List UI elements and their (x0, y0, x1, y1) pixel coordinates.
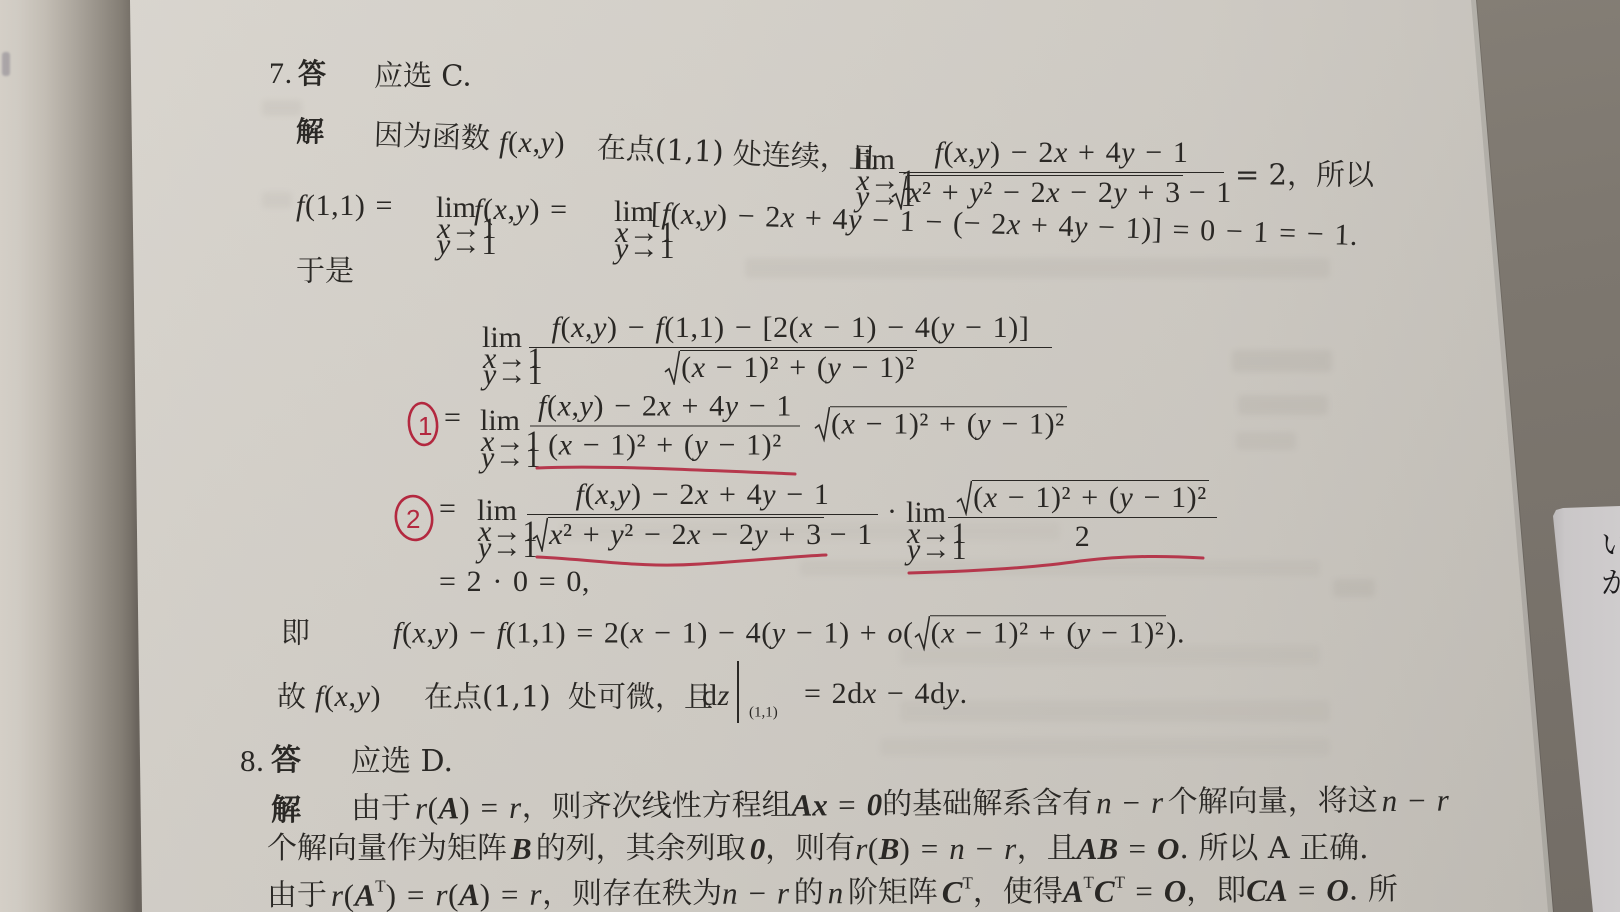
step0-fraction: f(x,y) − f(1,1) − [2(x − 1) − 4(y − 1)] … (529, 311, 1052, 385)
conclusion-label: 故 (277, 680, 306, 713)
radical-sign-icon (956, 480, 972, 516)
matrix-symbol: A (459, 877, 480, 912)
ie-label: 即 (281, 616, 310, 649)
matrix-symbol: A (1063, 874, 1084, 910)
radical-sign-icon (814, 406, 830, 442)
sticky-note-char-1: い (1601, 531, 1620, 561)
bleed-through-shadow (1238, 395, 1328, 415)
lim-symbol: limx→1y→1 (436, 191, 476, 226)
f11-limit-2: limx→1y→1 (614, 195, 654, 230)
q8-line-2: 个解向量作为矩阵 B 的列，其余列取 0 ，则有 r( B ) = n − r … (267, 831, 1369, 867)
math-segment: r( (855, 831, 879, 867)
text-segment: . 所以 A 正确. (1179, 832, 1368, 867)
matrix-symbol: Ax (792, 787, 828, 823)
step2-fraction-a: f(x,y) − 2x + 4y − 1 x² + y² − 2x − 2y +… (527, 478, 878, 552)
bleed-through-shadow (800, 560, 1320, 576)
conclusion-text-2: 处可微，且 (568, 680, 713, 713)
lim-symbol: limx→1y→1 (614, 195, 654, 230)
radical-sign-icon (664, 350, 680, 386)
zero-matrix: O (1157, 831, 1179, 867)
step2-limit-b: limx→1y→1 (906, 496, 946, 531)
step2-limit-a: limx→1y→1 (477, 494, 517, 529)
fraction: f(x,y) − 2x + 4y − 1 x² + y² − 2x − 2y +… (527, 478, 878, 552)
transpose-superscript: T (962, 873, 972, 893)
text-segment: 的 (794, 876, 824, 911)
math-segment: = (828, 787, 867, 823)
fraction: f(x,y) − f(1,1) − [2(x − 1) − 4(y − 1)] … (529, 311, 1052, 385)
ie-expr-before: f(x,y) − f(1,1) = 2(x − 1) − 4(y − 1) + … (393, 616, 914, 651)
math-segment: r( (331, 878, 355, 912)
fraction-denominator: (x − 1)² + (y − 1)² (664, 348, 917, 386)
matrix-symbol: C (942, 875, 963, 911)
sticky-note-char-2: か (1601, 569, 1620, 599)
matrix-symbol: C (1094, 874, 1115, 910)
step1-equals: = (444, 401, 462, 436)
bleed-through-shadow (262, 100, 302, 116)
radicand: (x − 1)² + (y − 1)² (972, 480, 1209, 516)
bleed-through-shadow (1333, 579, 1375, 597)
fraction-denominator: 2 (1075, 518, 1091, 555)
intro-fraction: f(x,y) − 2x + 4y − 1 x² + y² − 2x − 2y +… (899, 136, 1224, 210)
transpose-superscript: T (1083, 873, 1093, 893)
math-segment: ) = r (480, 877, 543, 912)
text-segment: ，使得 (973, 875, 1063, 910)
step2-equals: = (439, 492, 457, 527)
text-segment: 由于 (351, 791, 411, 826)
intro-text-1: 因为函数 (373, 118, 490, 155)
radicand: (x − 1)² + (y − 1)² (930, 615, 1167, 651)
bleed-through-shadow (262, 192, 292, 208)
radical-sign-icon (914, 615, 930, 651)
text-segment: 的基础解系含有 (882, 786, 1092, 822)
fraction: f(x,y) − 2x + 4y − 1 x² + y² − 2x − 2y +… (899, 136, 1224, 210)
zero-vector: 0 (867, 787, 883, 823)
f11-limit-1: limx→1y→1 (436, 191, 476, 226)
lim-sub-y: y→1 (615, 240, 675, 256)
matrix-symbol: A (355, 878, 376, 912)
math-segment: r( (415, 790, 439, 826)
math-segment: n − r (722, 875, 790, 911)
square-root: x² + y² − 2x − 2y + 3 (532, 517, 824, 553)
square-root: (x − 1)² + (y − 1)² (814, 406, 1067, 442)
fraction: f(x,y) − 2x + 4y − 1 (x − 1)² + (y − 1)² (530, 390, 800, 463)
conclusion-fxy: f(x,y) (315, 680, 381, 715)
fraction-numerator: (x − 1)² + (y − 1)² (948, 480, 1217, 518)
fraction-numerator: f(x,y) − f(1,1) − [2(x − 1) − 4(y − 1)] (529, 311, 1052, 348)
q8-answer-label: 答 (271, 744, 301, 779)
step2-dot: · (887, 495, 898, 530)
step1-sqrt-factor: (x − 1)² + (y − 1)² (814, 406, 1067, 442)
text-segment: ，则有 (765, 832, 855, 867)
math-segment: = (1118, 831, 1157, 867)
fraction-numerator: f(x,y) − 2x + 4y − 1 (899, 136, 1224, 173)
text-segment: 个解向量，将这 (1168, 784, 1378, 820)
lim-symbol: limx→1y→1 (480, 404, 520, 439)
bleed-through-shadow (880, 738, 1330, 756)
matrix-symbol: B (879, 831, 900, 867)
q7-solution-label: 解 (296, 116, 324, 148)
q8-solution-label: 解 (271, 794, 301, 829)
lim-symbol: limx→1y→1 (855, 143, 895, 178)
math-segment: n − r (1096, 785, 1164, 821)
zero-matrix: O (1164, 873, 1187, 909)
evaluation-bar (737, 661, 739, 723)
lim-symbol: limx→1y→1 (906, 496, 946, 531)
intro-limit: limx→1y→1 (855, 143, 895, 178)
radicand: (x − 1)² + (y − 1)² (830, 406, 1067, 442)
text-segment: ，则齐次线性方程组 (522, 788, 792, 825)
lim-symbol: limx→1y→1 (477, 494, 517, 529)
transpose-superscript: T (1115, 873, 1125, 893)
q8-number: 8. (240, 743, 264, 779)
radicand: x² + y² − 2x − 2y + 3 (548, 517, 824, 553)
ie-expr-after: ). (1166, 616, 1185, 651)
conclusion-dz: dz (702, 679, 730, 714)
text-segment: ，且 (1017, 832, 1077, 867)
step1-fraction: f(x,y) − 2x + 4y − 1 (x − 1)² + (y − 1)² (530, 390, 800, 463)
left-page-gutter (0, 0, 150, 912)
fraction-denominator: x² + y² − 2x − 2y + 3 − 1 (532, 515, 873, 553)
intro-text-2: 在点(1,1) (596, 131, 724, 169)
fraction-denominator: (x − 1)² + (y − 1)² (548, 426, 782, 463)
denominator-tail: − 1 (1189, 176, 1232, 211)
radical-sign-icon (532, 517, 548, 553)
conclusion-result: = 2dx − 4dy. (804, 677, 968, 712)
conclusion-eval-point: (1,1) (749, 704, 778, 721)
fraction-numerator: f(x,y) − 2x + 4y − 1 (527, 478, 878, 515)
step3-result: = 2 · 0 = 0, (439, 565, 590, 600)
math-segment: = (1125, 873, 1164, 909)
fraction-denominator: x² + y² − 2x − 2y + 3 − 1 (891, 173, 1232, 211)
bleed-through-shadow (1236, 432, 1296, 450)
fraction: (x − 1)² + (y − 1)² 2 (948, 480, 1217, 554)
text-segment: 的列，其余列取 (536, 832, 746, 867)
bleed-through-shadow (745, 258, 1330, 278)
radicand: x² + y² − 2x − 2y + 3 (907, 175, 1183, 211)
zero-matrix: O (1326, 873, 1349, 909)
text-segment: ，则存在秩为 (542, 876, 722, 911)
transpose-superscript: T (375, 877, 385, 897)
square-root: (x − 1)² + (y − 1)² (956, 480, 1209, 516)
math-segment: ) = r (459, 790, 522, 826)
text-segment: 阶矩阵 (848, 875, 938, 910)
math-segment: = (1287, 873, 1326, 909)
matrix-symbol: AB (1077, 831, 1118, 867)
q8-line-3: 由于 r( A T ) = r( A ) = r ，则存在秩为 n − r 的 … (267, 872, 1398, 912)
step1-limit: limx→1y→1 (480, 404, 520, 439)
math-segment: ) = r( (386, 877, 460, 912)
step0-limit: limx→1y→1 (482, 321, 522, 356)
zero-vector: 0 (750, 831, 766, 867)
f11-mid: f(x,y) = (474, 193, 568, 228)
math-segment: n (828, 875, 844, 911)
math-segment: n − r (1382, 783, 1450, 819)
square-root: (x − 1)² + (y − 1)² (914, 615, 1167, 651)
q8-answer-text: 应选 D. (351, 745, 453, 780)
ie-expression: f(x,y) − f(1,1) = 2(x − 1) − 4(y − 1) + … (393, 615, 1185, 651)
math-segment: ) = n − r (899, 831, 1016, 867)
square-root: (x − 1)² + (y − 1)² (664, 350, 917, 386)
f11-lhs: f(1,1) = (296, 189, 393, 224)
matrix-symbol: B (511, 831, 532, 867)
lim-symbol: limx→1y→1 (482, 321, 522, 356)
text-segment: ，即 (1186, 874, 1246, 909)
text-segment: . 所 (1349, 873, 1398, 908)
text-segment: 由于 (267, 878, 327, 912)
radicand: (x − 1)² + (y − 1)² (680, 350, 917, 386)
matrix-symbol: A (438, 790, 459, 826)
lim-sub-y: y→1 (437, 236, 497, 252)
q7-answer-label: 答 (298, 58, 326, 90)
q7-number: 7. (269, 57, 293, 92)
q7-answer-text: 应选 C. (374, 59, 472, 92)
intro-tail: = 2，所以 (1235, 158, 1374, 191)
matrix-symbol: CA (1246, 873, 1288, 909)
fraction-numerator: f(x,y) − 2x + 4y − 1 (530, 390, 800, 427)
hence-label: 于是 (296, 254, 354, 287)
step2-fraction-b: (x − 1)² + (y − 1)² 2 (948, 480, 1217, 554)
text-segment: 个解向量作为矩阵 (267, 832, 507, 867)
ink-smudge (2, 52, 10, 76)
bleed-through-shadow (1232, 350, 1332, 372)
denominator-tail: − 1 (830, 518, 873, 553)
conclusion-text-1: 在点(1,1) (424, 680, 551, 713)
intro-fxy: f(x,y) (499, 126, 565, 161)
